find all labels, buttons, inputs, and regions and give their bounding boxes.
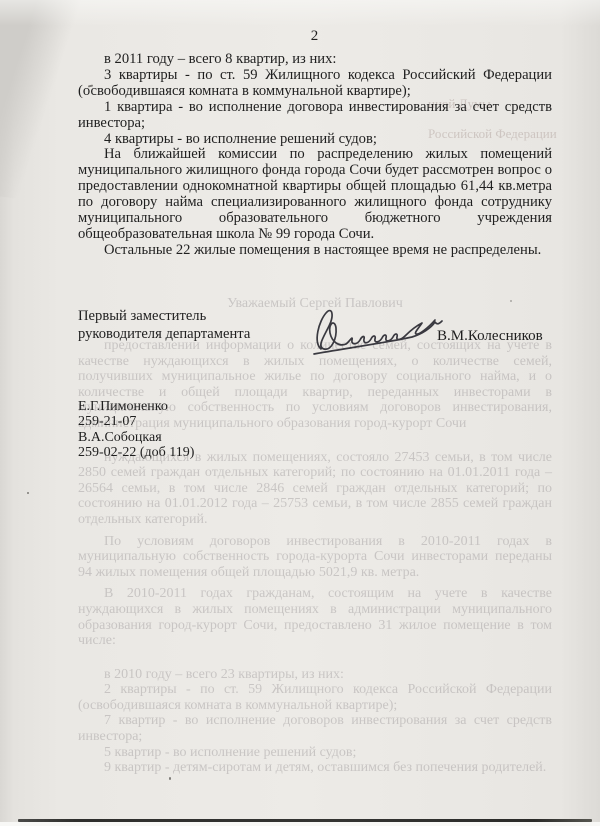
signatory-name: В.М.Колесников xyxy=(437,328,543,345)
signatory-title-line: Первый заместитель xyxy=(78,308,250,326)
contact-person: Е.Г.Пимоненко xyxy=(78,399,194,414)
signatory-title: Первый заместитель руководителя департам… xyxy=(78,308,250,343)
contact-phone: 259-02-22 (доб 119) xyxy=(78,445,194,460)
bleedthrough-paragraph: В 2010-2011 годах гражданам, состоящим н… xyxy=(78,586,552,648)
bleedthrough-paragraph: 2 квартиры - по ст. 59 Жилищного кодекса… xyxy=(78,682,552,713)
body-paragraph: 4 квартиры - во исполнение решений судов… xyxy=(78,132,552,148)
document-body: в 2011 году – всего 8 квартир, из них: 3… xyxy=(78,52,552,259)
scanner-background xyxy=(0,822,600,826)
contact-phone: 259-21-07 xyxy=(78,414,194,429)
body-paragraph: На ближайшей комиссии по распределению ж… xyxy=(78,147,552,242)
handwritten-signature xyxy=(308,298,466,356)
body-paragraph: 1 квартира - во исполнение договора инве… xyxy=(78,100,552,132)
contact-person: В.А.Собоцкая xyxy=(78,430,194,445)
bleedthrough-paragraph: нуждающихся в жилых помещениях, состояло… xyxy=(78,450,552,528)
bleedthrough-paragraph: 7 квартир - во исполнение договоров инве… xyxy=(78,713,552,744)
body-paragraph: 3 квартиры - по ст. 59 Жилищного кодекса… xyxy=(78,68,552,100)
body-paragraph: Остальные 22 жилые помещения в настоящее… xyxy=(78,243,552,259)
bleedthrough-paragraph: 9 квартир - детям-сиротам и детям, остав… xyxy=(78,760,552,776)
bleedthrough-paragraph: По условиям договоров инвестирования в 2… xyxy=(78,534,552,581)
scanned-document-page: нной Думы Российской Федерации Уважаемый… xyxy=(0,0,600,826)
scan-speck xyxy=(27,492,29,494)
page-number: 2 xyxy=(78,28,552,45)
signatory-title-line: руководителя департамента xyxy=(78,326,250,344)
scan-speck xyxy=(510,300,512,302)
scan-speck xyxy=(169,777,171,780)
bleedthrough-paragraph: 5 квартир - во исполнение решений судов; xyxy=(78,745,552,761)
scan-top-highlight xyxy=(0,0,600,26)
contact-block: Е.Г.Пимоненко 259-21-07 В.А.Собоцкая 259… xyxy=(78,399,194,461)
body-paragraph: в 2011 году – всего 8 квартир, из них: xyxy=(78,52,552,68)
bleedthrough-paragraph: в 2010 году – всего 23 квартиры, из них: xyxy=(78,667,552,683)
